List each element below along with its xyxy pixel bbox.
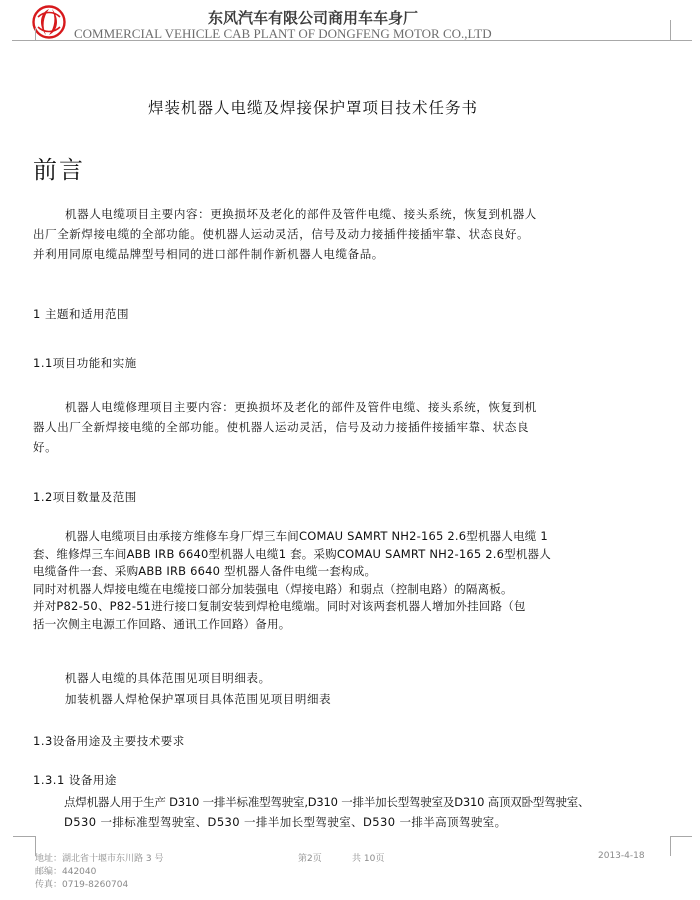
section-1-2-line: 并对P82-50、P82-51进行接口复制安装到焊枪电缆端。同时对该两套机器人增… bbox=[33, 598, 526, 614]
section-1-3-1-line: D530 一排标准型驾驶室、D530 一排半加长型驾驶室、D530 一排半高顶驾… bbox=[64, 814, 507, 830]
footer-page-total: 共 10页 bbox=[352, 851, 384, 864]
section-1-2-note: 加装机器人焊枪保护罩项目具体范围见项目明细表 bbox=[65, 691, 331, 707]
section-1-1-line: 机器人电缆修理项目主要内容：更换损坏及老化的部件及管件电缆、接头系统，恢复到机 bbox=[65, 399, 537, 415]
section-1-1-line: 器人出厂全新焊接电缆的全部功能。使机器人运动灵活，信号及动力接插件接插牢靠、状态… bbox=[33, 419, 529, 435]
footer-crop-mark-left-h bbox=[13, 836, 36, 837]
section-1-2-line: 电缆备件一套、采购ABB IRB 6640 型机器人备件电缆一套构成。 bbox=[33, 563, 376, 579]
dongfeng-logo-icon bbox=[32, 5, 66, 39]
header-crop-mark-right bbox=[670, 20, 671, 41]
footer-page-current: 第2页 bbox=[298, 851, 322, 864]
document-title: 焊装机器人电缆及焊接保护罩项目技术任务书 bbox=[148, 96, 478, 118]
section-1-3-heading: 1.3设备用途及主要技术要求 bbox=[33, 733, 185, 749]
preface-heading: 前言 bbox=[33, 150, 85, 185]
footer-fax: 传真：0719-8260704 bbox=[35, 877, 128, 890]
section-1-heading: 1 主题和适用范围 bbox=[33, 306, 129, 322]
section-1-3-1-line: 点焊机器人用于生产 D310 一排半标准型驾驶室,D310 一排半加长型驾驶室及… bbox=[64, 794, 589, 810]
section-1-2-note: 机器人电缆的具体范围见项目明细表。 bbox=[65, 670, 271, 686]
section-1-1-line: 好。 bbox=[33, 439, 57, 455]
preface-line: 并利用同原电缆品牌型号相同的进口部件制作新机器人电缆备品。 bbox=[33, 246, 384, 262]
footer-address: 地址：湖北省十堰市东川路 3 号 bbox=[35, 851, 163, 864]
footer-date: 2013-4-18 bbox=[598, 851, 645, 861]
preface-line: 出厂全新焊接电缆的全部功能。使机器人运动灵活，信号及动力接插件接插牢靠、状态良好… bbox=[33, 226, 529, 242]
preface-line: 机器人电缆项目主要内容：更换损坏及老化的部件及管件电缆、接头系统，恢复到机器人 bbox=[65, 206, 537, 222]
section-1-2-line: 括一次侧主电源工作回路、通讯工作回路）备用。 bbox=[33, 616, 290, 632]
section-1-2-line: 同时对机器人焊接电缆在电缆接口部分加装强电（焊接电路）和弱点（控制电路）的隔离板… bbox=[33, 581, 513, 597]
footer-crop-mark-right-v bbox=[670, 836, 671, 856]
section-1-2-line: 套、维修焊三车间ABB IRB 6640型机器人电缆1 套。采购COMAU SA… bbox=[33, 546, 551, 562]
section-1-3-1-heading: 1.3.1 设备用途 bbox=[33, 772, 117, 788]
header-rule bbox=[12, 40, 692, 41]
header-crop-mark-left bbox=[35, 28, 36, 41]
section-1-1-heading: 1.1项目功能和实施 bbox=[33, 355, 137, 371]
footer-crop-mark-right-h bbox=[670, 836, 692, 837]
footer-postcode: 邮编：442040 bbox=[35, 864, 96, 877]
section-1-2-line: 机器人电缆项目由承接方维修车身厂焊三车间COMAU SAMRT NH2-165 … bbox=[65, 528, 548, 544]
company-name-cn: 东风汽车有限公司商用车车身厂 bbox=[208, 7, 418, 28]
section-1-2-heading: 1.2项目数量及范围 bbox=[33, 489, 137, 505]
